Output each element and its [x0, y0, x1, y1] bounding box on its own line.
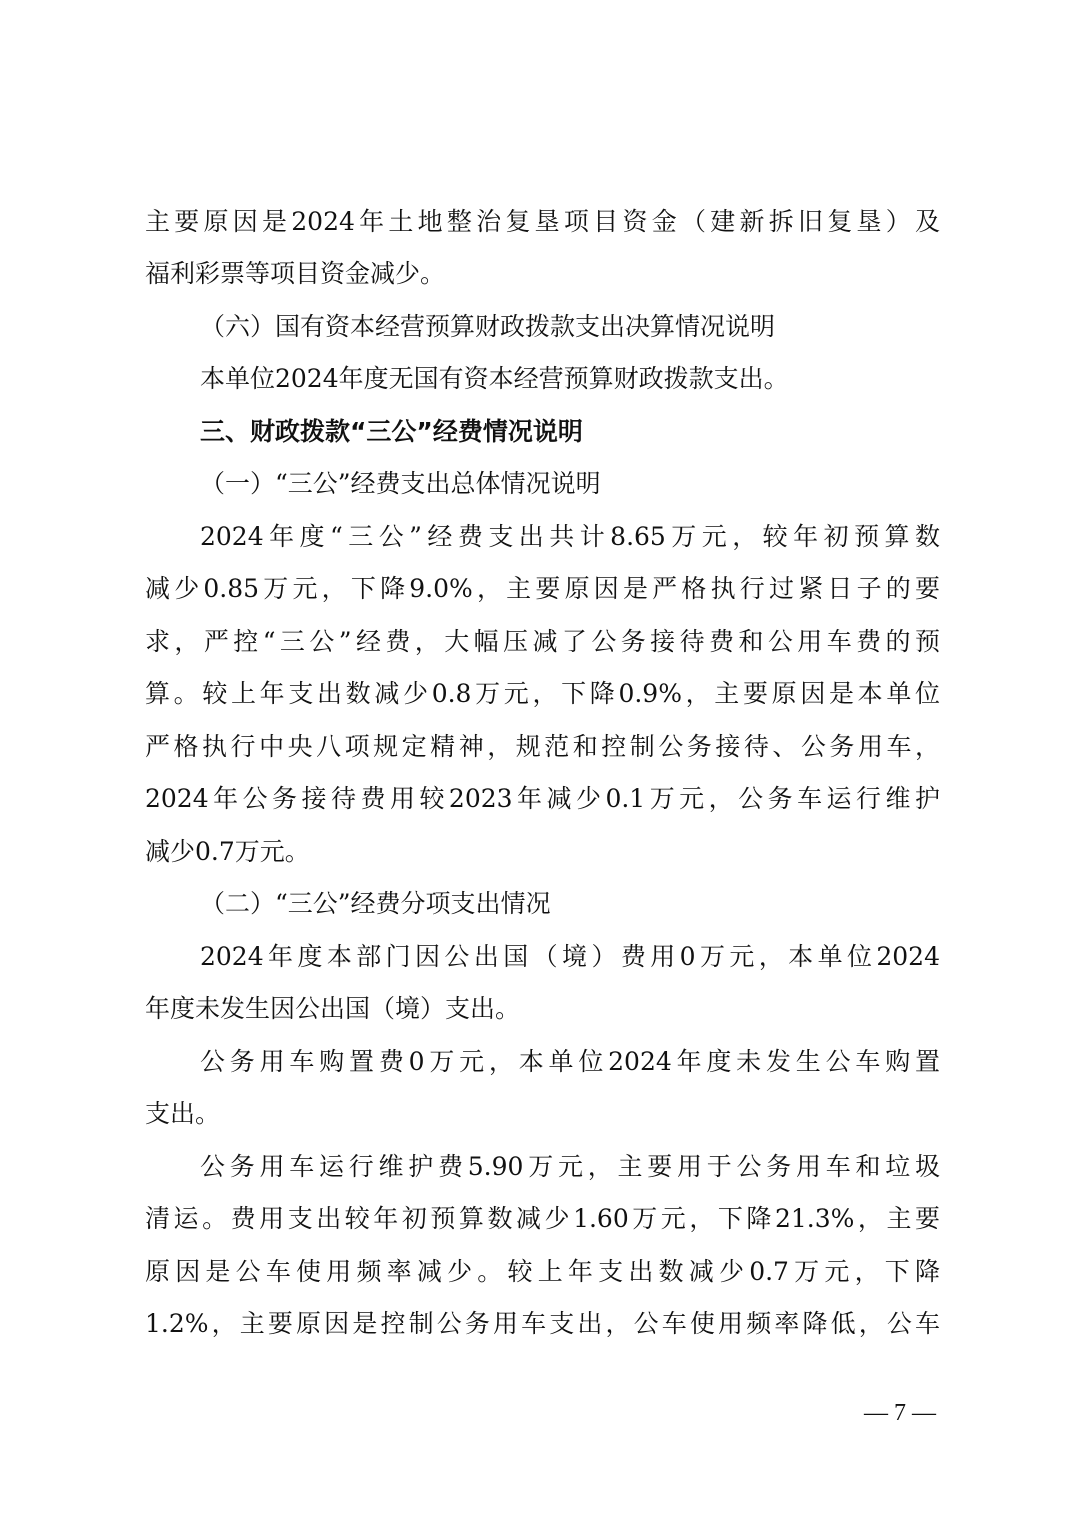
text-line: 支出。 — [145, 1094, 940, 1134]
text-line: 严格执行中央八项规定精神，规范和控制公务接待、公务用车， — [145, 727, 940, 767]
text-line: 2024年公务接待费用较2023年减少0.1万元，公务车运行维护 — [145, 779, 940, 819]
text-line: 减少0.85万元，下降9.0%，主要原因是严格执行过紧日子的要 — [145, 569, 940, 609]
text-line: 清运。费用支出较年初预算数减少1.60万元，下降21.3%，主要 — [145, 1199, 940, 1239]
text-line: 2024年度“三公”经费支出共计8.65万元，较年初预算数 — [200, 517, 940, 557]
text-line: 主要原因是2024年土地整治复垦项目资金（建新拆旧复垦）及 — [145, 202, 940, 242]
text-line: 2024年度本部门因公出国（境）费用0万元，本单位2024 — [200, 937, 940, 977]
text-line: 福利彩票等项目资金减少。 — [145, 254, 940, 294]
text-line: 本单位2024年度无国有资本经营预算财政拨款支出。 — [200, 359, 940, 399]
section-heading: 三、财政拨款“三公”经费情况说明 — [200, 412, 940, 452]
text-line: 减少0.7万元。 — [145, 832, 940, 872]
section-subheading: （二）“三公”经费分项支出情况 — [200, 884, 940, 924]
section-subheading: （一）“三公”经费支出总体情况说明 — [200, 464, 940, 504]
section-subheading: （六）国有资本经营预算财政拨款支出决算情况说明 — [200, 307, 940, 347]
text-line: 原因是公车使用频率减少。较上年支出数减少0.7万元，下降 — [145, 1252, 940, 1292]
text-line: 年度未发生因公出国（境）支出。 — [145, 989, 940, 1029]
text-line: 1.2%，主要原因是控制公务用车支出，公车使用频率降低，公车 — [145, 1304, 940, 1344]
page-number: — 7 — — [855, 1398, 945, 1428]
text-line: 算。较上年支出数减少0.8万元，下降0.9%，主要原因是本单位 — [145, 674, 940, 714]
text-line: 求，严控“三公”经费，大幅压减了公务接待费和公用车费的预 — [145, 622, 940, 662]
text-line: 公务用车购置费0万元，本单位2024年度未发生公车购置 — [200, 1042, 940, 1082]
document-page: 主要原因是2024年土地整治复垦项目资金（建新拆旧复垦）及 福利彩票等项目资金减… — [0, 0, 1075, 1520]
text-line: 公务用车运行维护费5.90万元，主要用于公务用车和垃圾 — [200, 1147, 940, 1187]
